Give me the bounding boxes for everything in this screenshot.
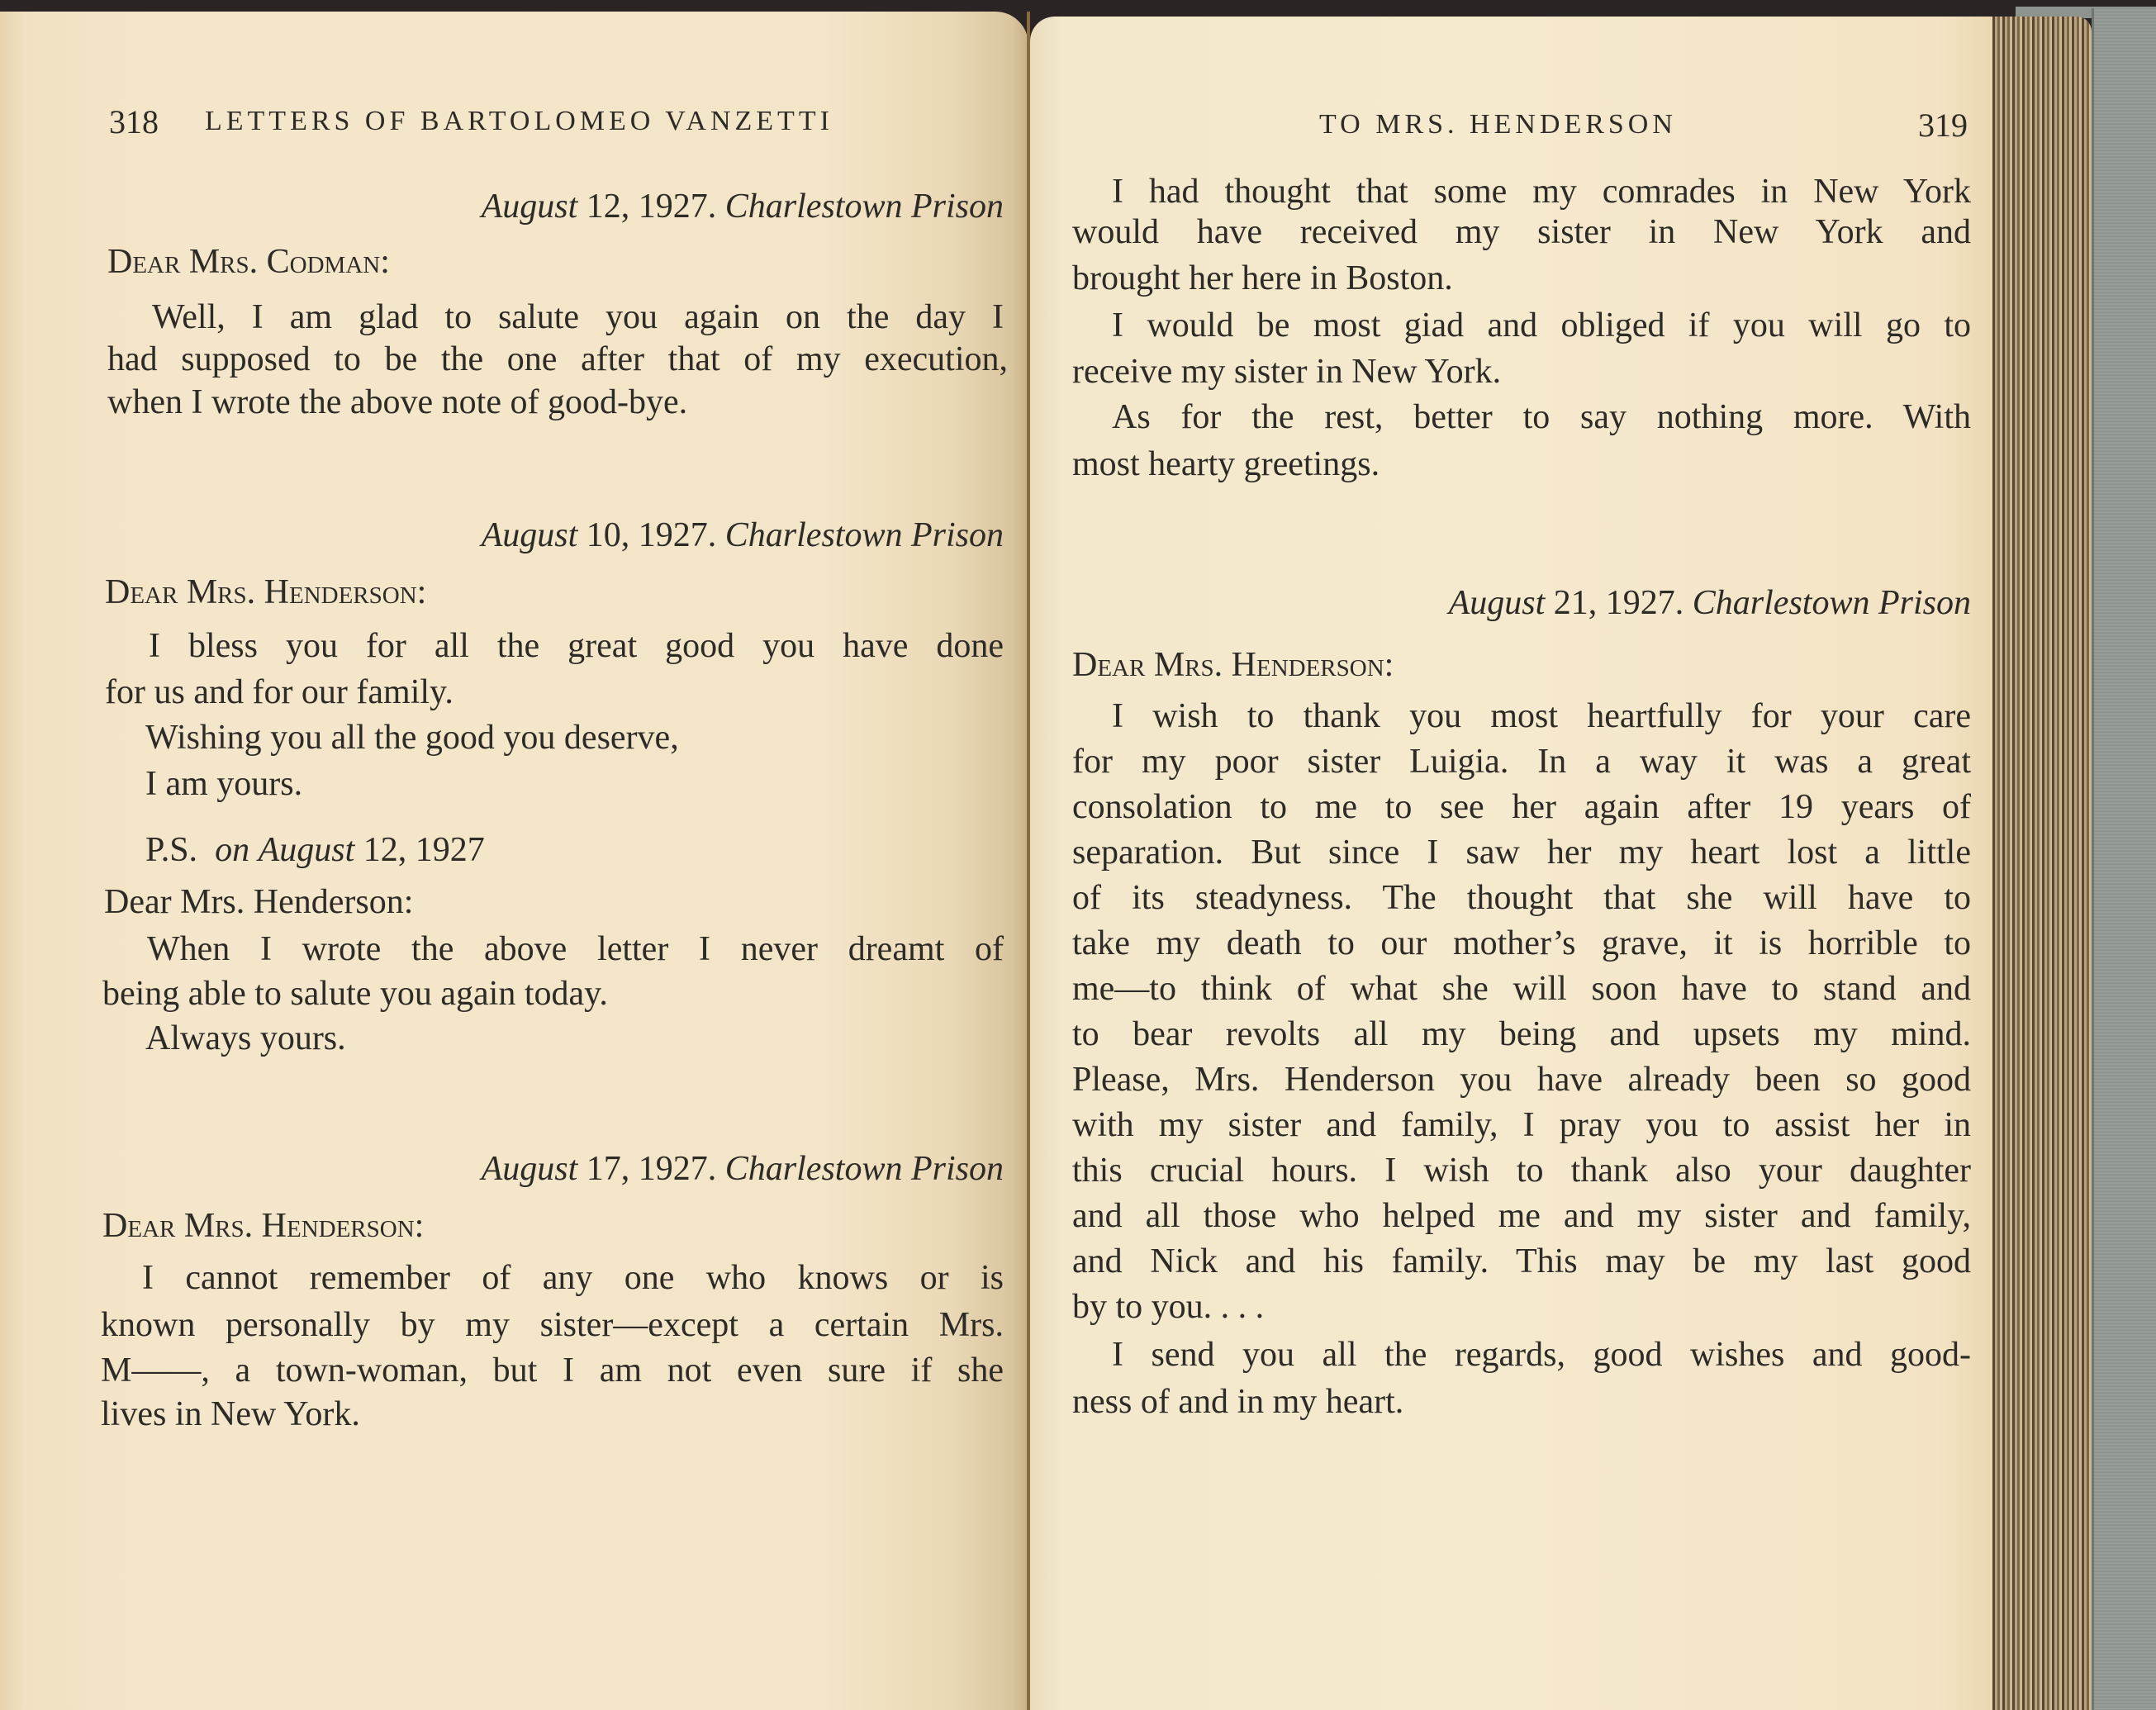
letter-line: Please, Mrs. Henderson you have already … [1072, 1062, 1971, 1097]
dateline: August 17, 1927. Charlestown Prison [103, 1152, 1004, 1186]
letter-line: I had thought that some my comrades in N… [1112, 174, 1971, 209]
book-cover-cloth [2092, 8, 2156, 1710]
letter-line: I would be most giad and obliged if you … [1112, 308, 1971, 343]
letter-line: when I wrote the above note of good-bye. [107, 385, 687, 420]
letter-line: for my poor sister Luigia. In a way it w… [1072, 744, 1971, 779]
letter-line: and Nick and his family. This may be my … [1072, 1244, 1971, 1279]
salutation: Dear Mrs. Henderson: [102, 1209, 424, 1243]
letter-line: this crucial hours. I wish to thank also… [1072, 1153, 1971, 1188]
postscript-dateline: P.S. on August 12, 1927 [145, 833, 485, 867]
salutation: Dear Mrs. Henderson: [1072, 648, 1394, 682]
letter-line: with my sister and family, I pray you to… [1072, 1108, 1971, 1142]
salutation: Dear Mrs. Codman: [107, 245, 390, 279]
salutation: Dear Mrs. Henderson: [105, 575, 426, 610]
letter-line: lives in New York. [101, 1397, 360, 1432]
letter-line: known personally by my sister—except a c… [101, 1308, 1004, 1342]
letter-line: I send you all the regards, good wishes … [1112, 1337, 1971, 1372]
letter-line: being able to salute you again today. [102, 976, 608, 1011]
letter-line: receive my sister in New York. [1072, 354, 1501, 389]
dateline: August 12, 1927. Charlestown Prison [107, 189, 1004, 224]
letter-line: separation. But since I saw her my heart… [1072, 835, 1971, 870]
letter-line: of its steadyness. The thought that she … [1072, 881, 1971, 915]
letter-line: would have received my sister in New Yor… [1072, 215, 1971, 249]
letter-line: When I wrote the above letter I never dr… [147, 932, 1004, 967]
running-head-right: TO MRS. HENDERSON [1319, 109, 1677, 140]
letter-line: had supposed to be the one after that of… [107, 342, 1008, 377]
letter-line: brought her here in Boston. [1072, 261, 1453, 296]
page-number-right: 319 [1918, 106, 1968, 145]
letter-line: most hearty greetings. [1072, 447, 1380, 482]
running-head-left: LETTERS OF BARTOLOMEO VANZETTI [205, 106, 833, 137]
letter-line: ness of and in my heart. [1072, 1385, 1403, 1419]
page-number-left: 318 [109, 102, 159, 141]
open-book-spread: 318 LETTERS OF BARTOLOMEO VANZETTI Augus… [0, 0, 2156, 1710]
letter-line: take my death to our mother’s grave, it … [1072, 926, 1971, 961]
letter-line: I cannot remember of any one who knows o… [142, 1261, 1004, 1295]
letter-line: to bear revolts all my being and upsets … [1072, 1017, 1971, 1052]
letter-line: I bless you for all the great good you h… [149, 629, 1004, 663]
letter-line: M——, a town-woman, but I am not even sur… [101, 1353, 1004, 1388]
letter-line: consolation to me to see her again after… [1072, 790, 1971, 824]
letter-line: and all those who helped me and my siste… [1072, 1199, 1971, 1233]
letter-line: for us and for our family. [105, 675, 454, 710]
dateline: August 21, 1927. Charlestown Prison [1072, 586, 1971, 620]
letter-line: me—to think of what she will soon have t… [1072, 971, 1971, 1006]
letter-line: As for the rest, better to say nothing m… [1112, 400, 1971, 435]
postscript-salutation: Dear Mrs. Henderson: [104, 885, 413, 919]
dateline: August 10, 1927. Charlestown Prison [107, 518, 1004, 553]
letter-line: I wish to thank you most heartfully for … [1112, 699, 1971, 734]
book-gutter [1027, 12, 1030, 1710]
letter-line: Well, I am glad to salute you again on t… [152, 300, 1004, 335]
letter-line: Wishing you all the good you deserve, [145, 720, 679, 755]
letter-line: Always yours. [145, 1021, 346, 1056]
letter-line: I am yours. [145, 767, 302, 801]
page-edges-stack [1992, 17, 2092, 1710]
letter-line: by to you. . . . [1072, 1290, 1264, 1324]
